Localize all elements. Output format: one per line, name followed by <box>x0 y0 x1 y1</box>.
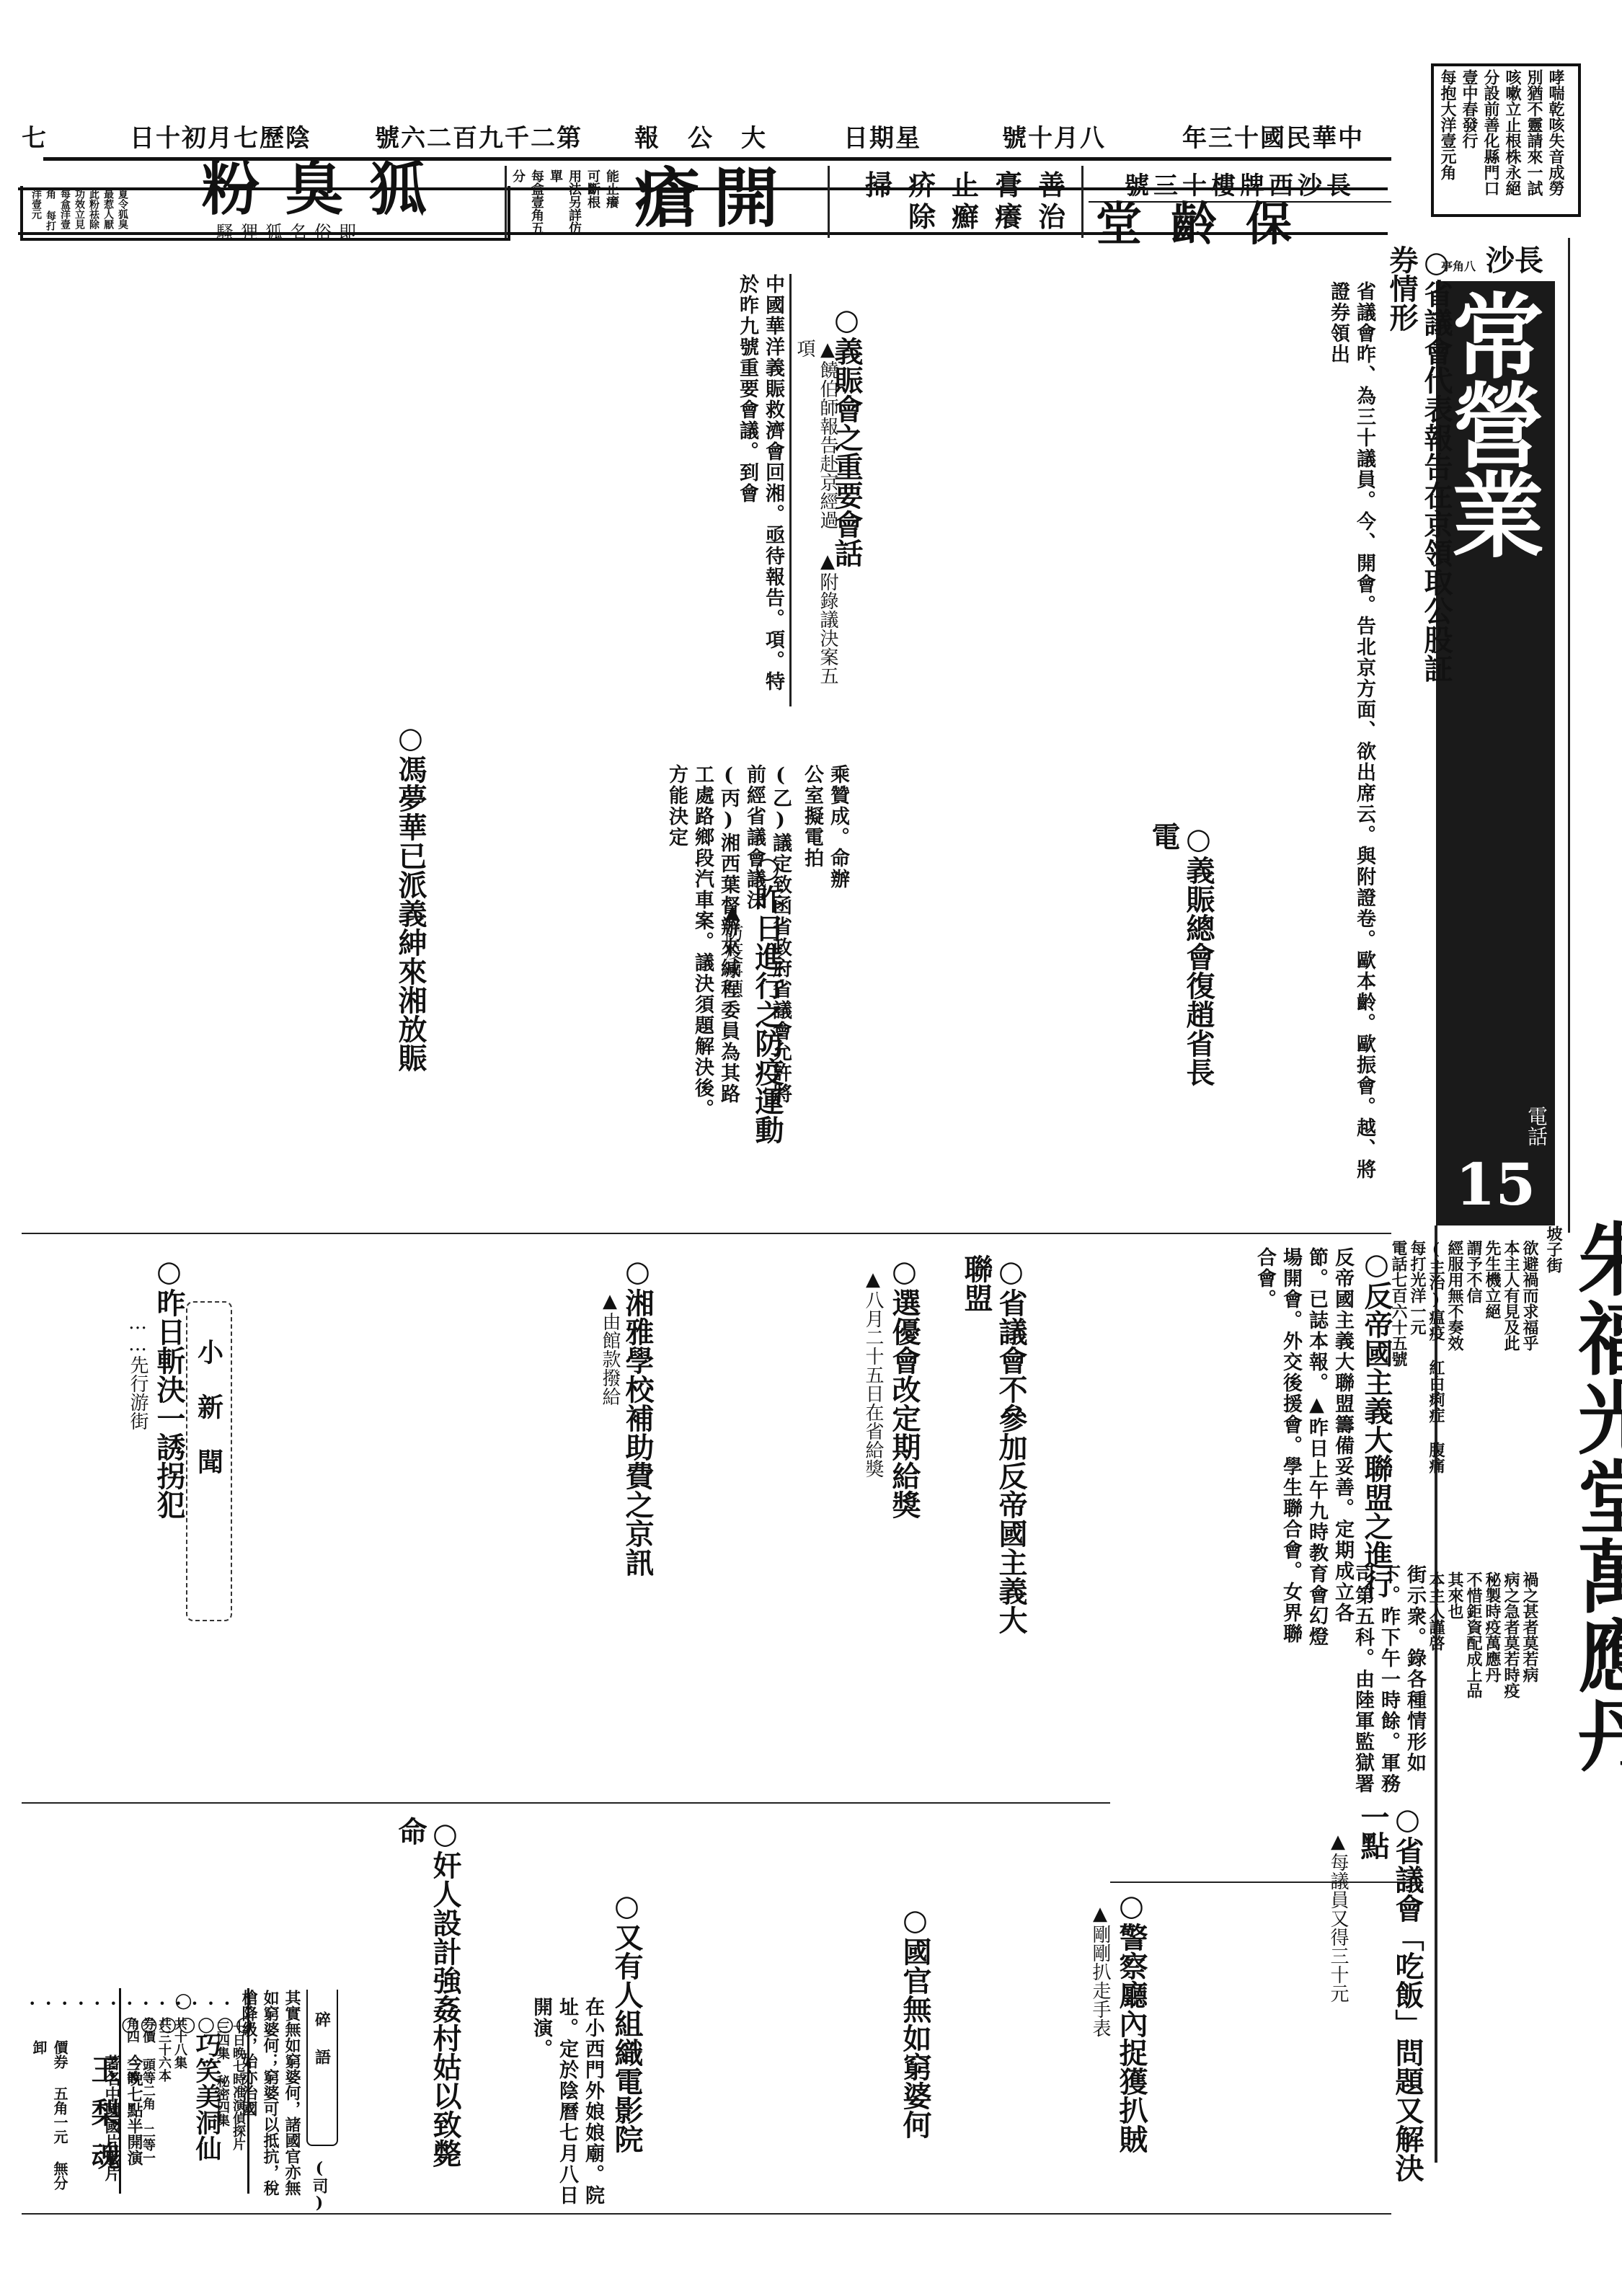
headline-relief-association-reply: ○義賑總會復趙省長電 <box>1146 822 1215 1110</box>
subhead-scholarship: ▲八月二十五日在省給獎 <box>861 1269 885 1629</box>
issue-date: 八月十號 <box>1002 118 1106 154</box>
baolingtang-name: 保齡堂 <box>1096 202 1321 248</box>
cinema-line: 三四集 秘密四集 <box>214 2021 230 2179</box>
subhead-epidemic: ▲防疫事項 <box>721 901 744 1117</box>
fragments-box: 碎語 <box>306 1990 338 2146</box>
cough-line: 每抱大洋壹元角 <box>1437 69 1458 213</box>
lunar-date: 陰歷七月初十日 <box>130 118 311 154</box>
cough-line: 分設前善化縣門口 <box>1480 69 1502 213</box>
headline-villain: ○奸人設計強姦村姑以致斃命 <box>393 1817 462 2191</box>
zhufuguang-location: 坡子街 <box>1543 1225 1565 1283</box>
cough-line: 壹中春發行 <box>1458 69 1480 213</box>
small-news-box: 小新聞 <box>186 1301 232 1621</box>
cough-line: 咳嗽立止根株永絕 <box>1502 69 1523 213</box>
fox-note: 功效立見 <box>72 189 87 236</box>
ad-line: 本主人有見及此 <box>1502 1240 1520 1564</box>
ad-line: 不惜鉅資配成上品 <box>1464 1572 1483 2148</box>
ad-line: (主治)瘟疫 紅白痢症 腹痛 <box>1427 1240 1445 1564</box>
sore-note: 能止癢 <box>602 169 621 238</box>
fox-powder-title: 狐臭粉 <box>202 160 453 218</box>
zhufuguang-lines: 欲避禍而求福乎 本主人有見及此 先生機立絕 謂予不信 經服用無不奏效 (主治)瘟… <box>1445 1240 1539 1564</box>
divider <box>789 274 792 706</box>
section-rule <box>22 1233 1391 1234</box>
cinema-line: 共十八集 <box>172 2017 187 2176</box>
fox-price: 每盒洋壹角 每打洋壹元 <box>29 189 72 236</box>
masthead: 七 陰歷七月初十日 第二千九百二六號 大公報 星期日 八月十號 中華民國十三年 <box>0 108 1413 151</box>
article-body: 反帝國主義大聯盟籌備妥善。定期成立各節。已誌本報。▲昨日上午九時教育會幻燈場開會… <box>1103 1247 1355 1651</box>
fragments-author: (司) <box>309 2159 331 2212</box>
cinema-line: 共三十六本 <box>156 2017 172 2176</box>
divider <box>1081 166 1083 238</box>
cough-line: 別猶不靈請來一試 <box>1523 69 1545 213</box>
dalotian-banner: 大羅天洋貨鞋帽莊照常營業 15 電話 <box>1436 281 1555 1225</box>
fox-note: 夏令狐臭 <box>115 189 130 236</box>
headline-officials: ○國官無如窮婆何 <box>898 1903 932 2206</box>
article-body: 中國華洋義賑救濟會回湘。亟待報告。項。特於昨九號重要會議。到會 <box>649 274 786 692</box>
bottom-rule <box>22 2213 1391 2215</box>
headline-silk-cinema: ○又有人組織電影院 <box>609 1889 644 2249</box>
scabies-line: 除癬癢治 <box>829 201 1081 233</box>
article-body: 街示衆。錄各種情形如下。昨下午一時餘。軍務司第五科。由陸軍監獄署 <box>1370 1564 1427 1795</box>
weekday: 星期日 <box>843 118 921 154</box>
sore-medicine-notes: 能止癢 可斷根 用法另詳仿單 每盒壹角五分 <box>508 169 621 238</box>
ad-line: 電話七百六十五號 <box>1389 1240 1408 1564</box>
fox-note: 此粉祛除 <box>87 189 101 236</box>
banner-phone: 15 <box>1436 1151 1555 1218</box>
scabies-line: 掃疥止膏善 <box>829 169 1081 201</box>
cough-remedy-ad: 哮喘乾咳失音成勞 別猶不靈請來一試 咳嗽立止根株永絕 分設前善化縣門口 壹中春發… <box>1431 63 1581 217</box>
subhead-kidnapper: ……先行游街 <box>126 1312 149 1528</box>
paper-name: 大公報 <box>634 118 794 154</box>
theatre-price: 價券 五角一元 無分卸 <box>29 2040 71 2199</box>
sore-note: 每盒壹角五分 <box>508 169 546 238</box>
fragments-label: 碎語 <box>311 2011 334 2086</box>
banner-border <box>1568 238 1570 1233</box>
article-provincial-assembly-bonds: ○省議會代表報告在京領取公股証券情形 <box>1384 245 1453 678</box>
banner-text: 大羅天洋貨鞋帽莊照常營業 <box>1436 288 1622 1117</box>
ad-line: 其來也 <box>1445 1572 1464 2148</box>
subhead-police-arrest: ▲剛剛扒走手表 <box>1089 1903 1112 2134</box>
ad-line: 每打光洋一元 <box>1408 1240 1427 1564</box>
ad-line: 欲避禍而求福乎 <box>1520 1240 1539 1564</box>
ad-line: 禍之甚者莫若病 <box>1520 1572 1539 2148</box>
headline-assembly-eating: ○省議會「吃飯」問題又解決一點 <box>1355 1802 1424 2206</box>
subhead-xiangya: ▲由館款撥給 <box>598 1290 621 1507</box>
year: 中華民國十三年 <box>1182 118 1364 154</box>
banner-phone-label: 電話 <box>1522 1106 1551 1146</box>
subhead-relief-meeting: ▲饒伯師報告赴京經過 ▲附錄議決案五項 <box>793 339 839 699</box>
ad-line: 病之急者莫若時疫 <box>1502 1572 1520 2148</box>
article-body: 在小西門外娘娘廟。院址。定於陰曆七月八日開演。 <box>512 1997 606 2213</box>
banner-city: 長沙 <box>1486 244 1543 278</box>
page-number: 七 <box>22 118 48 154</box>
headline: ○省議會代表報告在京領取公股証券情形 <box>1384 245 1453 692</box>
fox-note: 最惹人厭 <box>101 189 115 236</box>
fragments-text: 其實無如窮婆何，諸國官亦無如窮婆何；窮婆可以抵抗，稅槍降級，始亦治國 <box>256 1990 303 2206</box>
divider <box>828 166 830 238</box>
headline-police-arrest: ○警察廳內捉獲扒賊 <box>1114 1889 1148 2220</box>
zhufuguang-title: 朱福光堂萬應丹 <box>1572 1218 1622 2206</box>
resolution-tail: 乘贊成。命辦公室擬電拍 <box>815 764 851 908</box>
cough-line: 哮喘乾咳失音成勞 <box>1545 69 1566 213</box>
zhufuguang-epidemic-lines: 禍之甚者莫若病 病之急者莫若時疫 秘製時疫萬應丹 不惜鉅資配成上品 其來也 本主… <box>1445 1572 1539 2148</box>
ad-line: 經服用無不奏效 <box>1445 1240 1464 1564</box>
section-rule <box>22 1802 1110 1804</box>
fox-powder-subtitle: 即俗名狐狸騷 <box>216 218 363 243</box>
ad-line: 先生機立絕 <box>1483 1240 1502 1564</box>
cinema-schedule-box: ○ ○○○○○○○ 巧笑美洞仙 十日晚七時准演偵探片 三四集 秘密四集 共十八集… <box>119 1988 249 2194</box>
cinema-price-lines: 共十八集 共三十六本 券價 頭等二角 二等一角四 三等 <box>124 2017 187 2176</box>
sore-note: 可斷根 <box>583 169 602 238</box>
headline-xiangya: ○湘雅學校補助費之京訊 <box>620 1254 655 1658</box>
headline-epidemic: ○昨日進行之防疫運動 <box>750 851 784 1182</box>
headline-assembly-not-joining: ○省議會不參加反帝國主義大聯盟 <box>959 1254 1028 1658</box>
headline-scholarship: ○選優會改定期給獎 <box>887 1254 921 1658</box>
small-news-label: 小新聞 <box>191 1339 228 1503</box>
sore-note: 用法另詳仿單 <box>546 169 583 238</box>
headline-kidnapper: ○昨日斬決一誘拐犯 <box>151 1254 186 1615</box>
fox-powder-notes: 夏令狐臭 最惹人厭 此粉祛除 功效立見 每盒洋壹角 每打洋壹元 <box>29 189 130 236</box>
issue-number: 第二千九百二六號 <box>375 118 582 154</box>
headline-feng-mengxiang: ○馮夢華已派義紳來湘放賑 <box>393 721 427 1125</box>
ad-line: 謂予不信 <box>1464 1240 1483 1564</box>
scabies-ad: 掃疥止膏善 除癬癢治 <box>829 169 1081 234</box>
ad-line: 本主人謹啓 <box>1427 1572 1445 2148</box>
ad-line: 秘製時疫萬應丹 <box>1483 1572 1502 2148</box>
subhead-assembly-eating: ▲每議員又得三十元 <box>1326 1831 1350 2119</box>
cinema-line: 券價 頭等二角 二等一角四 三等 <box>124 2017 156 2176</box>
sore-medicine-title: 開瘡 <box>634 166 793 231</box>
